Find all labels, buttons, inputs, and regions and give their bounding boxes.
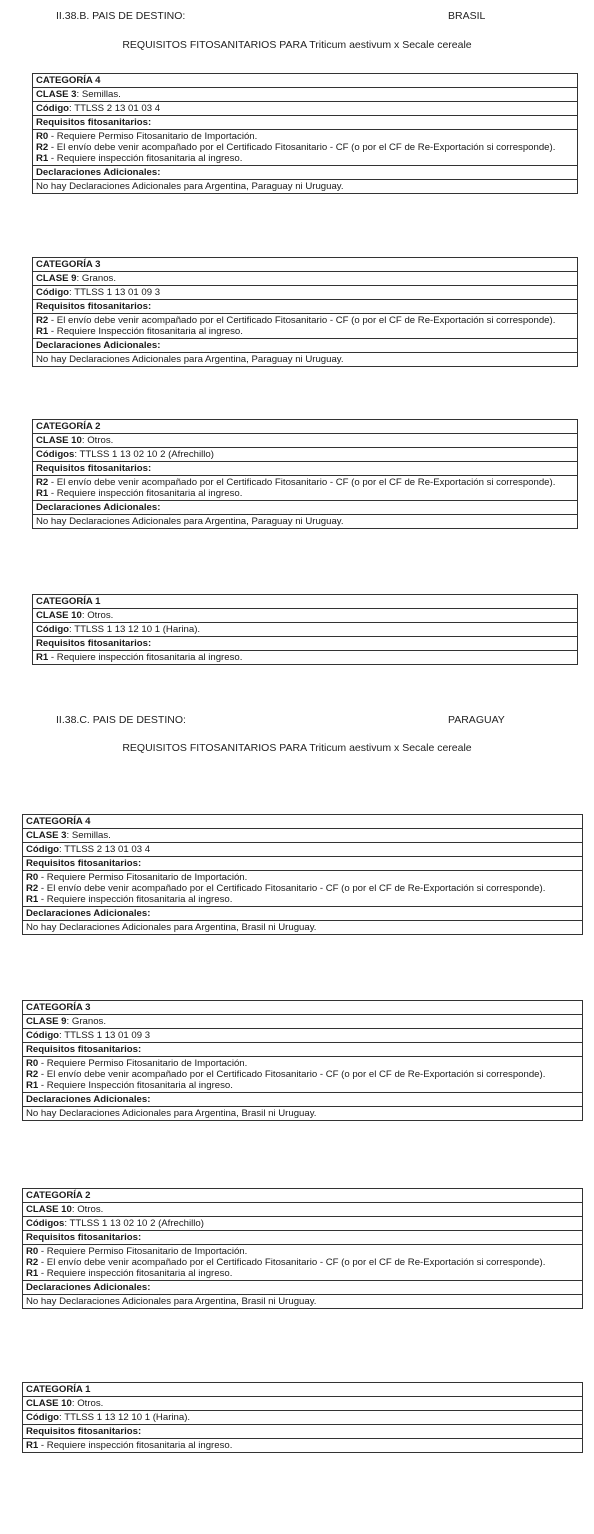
- requirement-text: - Requiere Permiso Fitosanitario de Impo…: [38, 1058, 247, 1069]
- requirement-item: R1 - Requiere inspección fitosanitaria a…: [26, 1440, 579, 1451]
- requirement-item: R2 - El envío debe venir acompañado por …: [36, 477, 574, 488]
- codigo-row: Códigos: TTLSS 1 13 02 10 2 (Afrechillo): [23, 1217, 583, 1231]
- declaraciones-header: Declaraciones Adicionales:: [36, 167, 160, 178]
- requirement-text: - Requiere Permiso Fitosanitario de Impo…: [48, 131, 257, 142]
- codigo-value: : TTLSS 1 13 02 10 2 (Afrechillo): [74, 449, 214, 460]
- declaraciones-text: No hay Declaraciones Adicionales para Ar…: [26, 1108, 316, 1119]
- requisitos-header: Requisitos fitosanitarios:: [26, 1232, 141, 1243]
- destination-country: BRASIL: [448, 10, 485, 22]
- codigo-value: : TTLSS 2 13 01 03 4: [59, 844, 150, 855]
- requirement-code: R2: [36, 142, 48, 153]
- declaraciones-row: No hay Declaraciones Adicionales para Ar…: [33, 515, 578, 529]
- requirement-code: R1: [26, 1080, 38, 1091]
- requirement-code: R0: [26, 872, 38, 883]
- requirement-code: R0: [26, 1246, 38, 1257]
- requisitos-list-row: R0 - Requiere Permiso Fitosanitario de I…: [23, 871, 583, 907]
- requirement-item: R0 - Requiere Permiso Fitosanitario de I…: [26, 872, 579, 883]
- clase-label: CLASE 10: [36, 610, 82, 621]
- requirement-text: - Requiere inspección fitosanitaria al i…: [38, 1268, 232, 1279]
- categoria: CATEGORÍA 1: [26, 1384, 91, 1395]
- requisitos-header: Requisitos fitosanitarios:: [36, 638, 151, 649]
- requirements-table: CATEGORÍA 4CLASE 3: Semillas.Código: TTL…: [22, 814, 583, 935]
- requisitos-header-row: Requisitos fitosanitarios:: [23, 857, 583, 871]
- requisitos-list-row: R2 - El envío debe venir acompañado por …: [33, 476, 578, 501]
- codigo-row: Código: TTLSS 1 13 12 10 1 (Harina).: [23, 1411, 583, 1425]
- codigo-row: Código: TTLSS 1 13 12 10 1 (Harina).: [33, 623, 578, 637]
- clase-value: : Otros.: [72, 1204, 103, 1215]
- requirements-table: CATEGORÍA 2CLASE 10: Otros.Códigos: TTLS…: [22, 1188, 583, 1309]
- requirement-text: - Requiere inspección fitosanitaria al i…: [48, 652, 242, 663]
- requirement-item: R2 - El envío debe venir acompañado por …: [36, 315, 574, 326]
- section-label: II.38.B. PAIS DE DESTINO:: [56, 10, 185, 22]
- requirement-code: R1: [36, 488, 48, 499]
- requirement-code: R2: [26, 1069, 38, 1080]
- requirement-code: R2: [36, 315, 48, 326]
- requirement-item: R2 - El envío debe venir acompañado por …: [26, 1257, 579, 1268]
- requirement-text: - Requiere inspección fitosanitaria al i…: [48, 153, 242, 164]
- requirement-code: R1: [26, 1268, 38, 1279]
- requirement-item: R2 - El envío debe venir acompañado por …: [26, 1069, 579, 1080]
- codigo-label: Código: [26, 844, 59, 855]
- requirements-table: CATEGORÍA 2CLASE 10: Otros.Códigos: TTLS…: [32, 419, 578, 529]
- requirements-table: CATEGORÍA 1CLASE 10: Otros.Código: TTLSS…: [22, 1382, 583, 1453]
- section-subtitle: REQUISITOS FITOSANITARIOS PARA Triticum …: [0, 39, 594, 51]
- requisitos-list-row: R0 - Requiere Permiso Fitosanitario de I…: [23, 1245, 583, 1281]
- declaraciones-header-row: Declaraciones Adicionales:: [33, 339, 578, 353]
- requisitos-header-row: Requisitos fitosanitarios:: [23, 1231, 583, 1245]
- categoria: CATEGORÍA 4: [26, 816, 91, 827]
- declaraciones-row: No hay Declaraciones Adicionales para Ar…: [33, 180, 578, 194]
- declaraciones-text: No hay Declaraciones Adicionales para Ar…: [36, 354, 344, 365]
- clase-value: : Otros.: [82, 610, 113, 621]
- requirement-code: R2: [26, 1257, 38, 1268]
- codigo-label: Código: [36, 287, 69, 298]
- declaraciones-row: No hay Declaraciones Adicionales para Ar…: [23, 921, 583, 935]
- requisitos-list-row: R0 - Requiere Permiso Fitosanitario de I…: [23, 1057, 583, 1093]
- declaraciones-text: No hay Declaraciones Adicionales para Ar…: [36, 181, 344, 192]
- codigo-label: Código: [26, 1412, 59, 1423]
- requirement-text: - Requiere Inspección fitosanitaria al i…: [38, 1080, 233, 1091]
- requisitos-list-row: R2 - El envío debe venir acompañado por …: [33, 314, 578, 339]
- requirement-text: - El envío debe venir acompañado por el …: [48, 142, 555, 153]
- requirement-item: R1 - Requiere inspección fitosanitaria a…: [36, 153, 574, 164]
- requirement-text: - El envío debe venir acompañado por el …: [48, 477, 555, 488]
- requirement-item: R1 - Requiere inspección fitosanitaria a…: [26, 894, 579, 905]
- requirement-item: R1 - Requiere Inspección fitosanitaria a…: [36, 326, 574, 337]
- codigo-row: Código: TTLSS 1 13 01 09 3: [33, 286, 578, 300]
- requisitos-list-row: R1 - Requiere inspección fitosanitaria a…: [23, 1439, 583, 1453]
- requirement-item: R1 - Requiere inspección fitosanitaria a…: [36, 652, 574, 663]
- requisitos-header: Requisitos fitosanitarios:: [26, 1426, 141, 1437]
- requirement-text: - El envío debe venir acompañado por el …: [38, 1069, 545, 1080]
- section-header-paraguay: II.38.C. PAIS DE DESTINO: PARAGUAY: [56, 714, 576, 728]
- declaraciones-header: Declaraciones Adicionales:: [26, 1094, 150, 1105]
- categoria-row: CATEGORÍA 1: [33, 595, 578, 609]
- requirement-text: - Requiere Permiso Fitosanitario de Impo…: [38, 872, 247, 883]
- requirement-code: R0: [36, 131, 48, 142]
- requirement-code: R1: [36, 153, 48, 164]
- declaraciones-header-row: Declaraciones Adicionales:: [23, 1281, 583, 1295]
- clase-row: CLASE 10: Otros.: [23, 1203, 583, 1217]
- categoria: CATEGORÍA 3: [36, 259, 101, 270]
- section-subtitle: REQUISITOS FITOSANITARIOS PARA Triticum …: [0, 742, 594, 754]
- requirement-code: R2: [26, 883, 38, 894]
- clase-label: CLASE 10: [36, 435, 82, 446]
- declaraciones-text: No hay Declaraciones Adicionales para Ar…: [36, 516, 344, 527]
- clase-label: CLASE 10: [26, 1204, 72, 1215]
- requisitos-header-row: Requisitos fitosanitarios:: [23, 1043, 583, 1057]
- clase-row: CLASE 9: Granos.: [23, 1015, 583, 1029]
- requirements-table: CATEGORÍA 3CLASE 9: Granos.Código: TTLSS…: [22, 1000, 583, 1121]
- requirement-item: R1 - Requiere inspección fitosanitaria a…: [36, 488, 574, 499]
- requirement-item: R2 - El envío debe venir acompañado por …: [26, 883, 579, 894]
- categoria-row: CATEGORÍA 2: [23, 1189, 583, 1203]
- categoria-row: CATEGORÍA 4: [33, 74, 578, 88]
- requirement-text: - Requiere inspección fitosanitaria al i…: [48, 488, 242, 499]
- clase-row: CLASE 10: Otros.: [33, 609, 578, 623]
- requirement-item: R1 - Requiere Inspección fitosanitaria a…: [26, 1080, 579, 1091]
- categoria-row: CATEGORÍA 4: [23, 815, 583, 829]
- requirement-code: R1: [26, 1440, 38, 1451]
- codigo-label: Código: [26, 1030, 59, 1041]
- codigo-label: Códigos: [26, 1218, 64, 1229]
- requirement-code: R1: [26, 894, 38, 905]
- declaraciones-header: Declaraciones Adicionales:: [36, 502, 160, 513]
- categoria: CATEGORÍA 4: [36, 75, 101, 86]
- codigo-value: : TTLSS 1 13 01 09 3: [59, 1030, 150, 1041]
- clase-row: CLASE 9: Granos.: [33, 272, 578, 286]
- clase-value: : Semillas.: [77, 89, 121, 100]
- declaraciones-header-row: Declaraciones Adicionales:: [23, 907, 583, 921]
- categoria-row: CATEGORÍA 1: [23, 1383, 583, 1397]
- declaraciones-row: No hay Declaraciones Adicionales para Ar…: [33, 353, 578, 367]
- clase-label: CLASE 9: [36, 273, 77, 284]
- requisitos-header: Requisitos fitosanitarios:: [26, 858, 141, 869]
- categoria-row: CATEGORÍA 3: [33, 258, 578, 272]
- codigo-label: Códigos: [36, 449, 74, 460]
- declaraciones-header: Declaraciones Adicionales:: [26, 1282, 150, 1293]
- clase-value: : Granos.: [77, 273, 116, 284]
- categoria: CATEGORÍA 2: [26, 1190, 91, 1201]
- clase-label: CLASE 10: [26, 1398, 72, 1409]
- requirement-code: R2: [36, 477, 48, 488]
- clase-value: : Otros.: [82, 435, 113, 446]
- requisitos-header-row: Requisitos fitosanitarios:: [33, 637, 578, 651]
- categoria: CATEGORÍA 3: [26, 1002, 91, 1013]
- requirement-text: - Requiere inspección fitosanitaria al i…: [38, 894, 232, 905]
- codigo-value: : TTLSS 1 13 12 10 1 (Harina).: [69, 624, 200, 635]
- requisitos-header-row: Requisitos fitosanitarios:: [33, 462, 578, 476]
- codigo-label: Código: [36, 624, 69, 635]
- requisitos-list-row: R1 - Requiere inspección fitosanitaria a…: [33, 651, 578, 665]
- requirements-table: CATEGORÍA 4CLASE 3: Semillas.Código: TTL…: [32, 73, 578, 194]
- requirement-item: R2 - El envío debe venir acompañado por …: [36, 142, 574, 153]
- codigo-row: Código: TTLSS 1 13 01 09 3: [23, 1029, 583, 1043]
- declaraciones-row: No hay Declaraciones Adicionales para Ar…: [23, 1295, 583, 1309]
- declaraciones-text: No hay Declaraciones Adicionales para Ar…: [26, 1296, 316, 1307]
- clase-value: : Granos.: [67, 1016, 106, 1027]
- requirement-text: - Requiere Permiso Fitosanitario de Impo…: [38, 1246, 247, 1257]
- categoria-row: CATEGORÍA 2: [33, 420, 578, 434]
- section-header-brasil: II.38.B. PAIS DE DESTINO: BRASIL: [56, 10, 576, 24]
- requisitos-header: Requisitos fitosanitarios:: [36, 463, 151, 474]
- requirement-item: R0 - Requiere Permiso Fitosanitario de I…: [26, 1058, 579, 1069]
- codigo-row: Código: TTLSS 2 13 01 03 4: [23, 843, 583, 857]
- codigo-label: Código: [36, 103, 69, 114]
- requirement-text: - Requiere Inspección fitosanitaria al i…: [48, 326, 243, 337]
- requirement-text: - El envío debe venir acompañado por el …: [38, 1257, 545, 1268]
- categoria: CATEGORÍA 2: [36, 421, 101, 432]
- declaraciones-header: Declaraciones Adicionales:: [26, 908, 150, 919]
- requisitos-header: Requisitos fitosanitarios:: [26, 1044, 141, 1055]
- requirement-text: - El envío debe venir acompañado por el …: [38, 883, 545, 894]
- requirement-text: - Requiere inspección fitosanitaria al i…: [38, 1440, 232, 1451]
- clase-label: CLASE 3: [26, 830, 67, 841]
- categoria: CATEGORÍA 1: [36, 596, 101, 607]
- codigo-value: : TTLSS 1 13 12 10 1 (Harina).: [59, 1412, 190, 1423]
- requirement-text: - El envío debe venir acompañado por el …: [48, 315, 555, 326]
- requisitos-header: Requisitos fitosanitarios:: [36, 117, 151, 128]
- codigo-value: : TTLSS 2 13 01 03 4: [69, 103, 160, 114]
- requirements-table: CATEGORÍA 3CLASE 9: Granos.Código: TTLSS…: [32, 257, 578, 367]
- declaraciones-header: Declaraciones Adicionales:: [36, 340, 160, 351]
- declaraciones-header-row: Declaraciones Adicionales:: [23, 1093, 583, 1107]
- codigo-value: : TTLSS 1 13 01 09 3: [69, 287, 160, 298]
- requisitos-header-row: Requisitos fitosanitarios:: [23, 1425, 583, 1439]
- clase-value: : Semillas.: [67, 830, 111, 841]
- requirement-item: R1 - Requiere inspección fitosanitaria a…: [26, 1268, 579, 1279]
- declaraciones-text: No hay Declaraciones Adicionales para Ar…: [26, 922, 316, 933]
- section-label: II.38.C. PAIS DE DESTINO:: [56, 714, 186, 726]
- requirement-code: R1: [36, 652, 48, 663]
- clase-value: : Otros.: [72, 1398, 103, 1409]
- codigo-row: Código: TTLSS 2 13 01 03 4: [33, 102, 578, 116]
- clase-row: CLASE 10: Otros.: [23, 1397, 583, 1411]
- requirement-item: R0 - Requiere Permiso Fitosanitario de I…: [36, 131, 574, 142]
- clase-label: CLASE 3: [36, 89, 77, 100]
- codigo-row: Códigos: TTLSS 1 13 02 10 2 (Afrechillo): [33, 448, 578, 462]
- declaraciones-row: No hay Declaraciones Adicionales para Ar…: [23, 1107, 583, 1121]
- requisitos-header-row: Requisitos fitosanitarios:: [33, 300, 578, 314]
- requirement-code: R0: [26, 1058, 38, 1069]
- codigo-value: : TTLSS 1 13 02 10 2 (Afrechillo): [64, 1218, 204, 1229]
- categoria-row: CATEGORÍA 3: [23, 1001, 583, 1015]
- destination-country: PARAGUAY: [448, 714, 505, 726]
- requisitos-list-row: R0 - Requiere Permiso Fitosanitario de I…: [33, 130, 578, 166]
- clase-row: CLASE 10: Otros.: [33, 434, 578, 448]
- clase-row: CLASE 3: Semillas.: [33, 88, 578, 102]
- declaraciones-header-row: Declaraciones Adicionales:: [33, 501, 578, 515]
- requirement-item: R0 - Requiere Permiso Fitosanitario de I…: [26, 1246, 579, 1257]
- requisitos-header-row: Requisitos fitosanitarios:: [33, 116, 578, 130]
- clase-label: CLASE 9: [26, 1016, 67, 1027]
- clase-row: CLASE 3: Semillas.: [23, 829, 583, 843]
- requirements-table: CATEGORÍA 1CLASE 10: Otros.Código: TTLSS…: [32, 594, 578, 665]
- requirement-code: R1: [36, 326, 48, 337]
- declaraciones-header-row: Declaraciones Adicionales:: [33, 166, 578, 180]
- requisitos-header: Requisitos fitosanitarios:: [36, 301, 151, 312]
